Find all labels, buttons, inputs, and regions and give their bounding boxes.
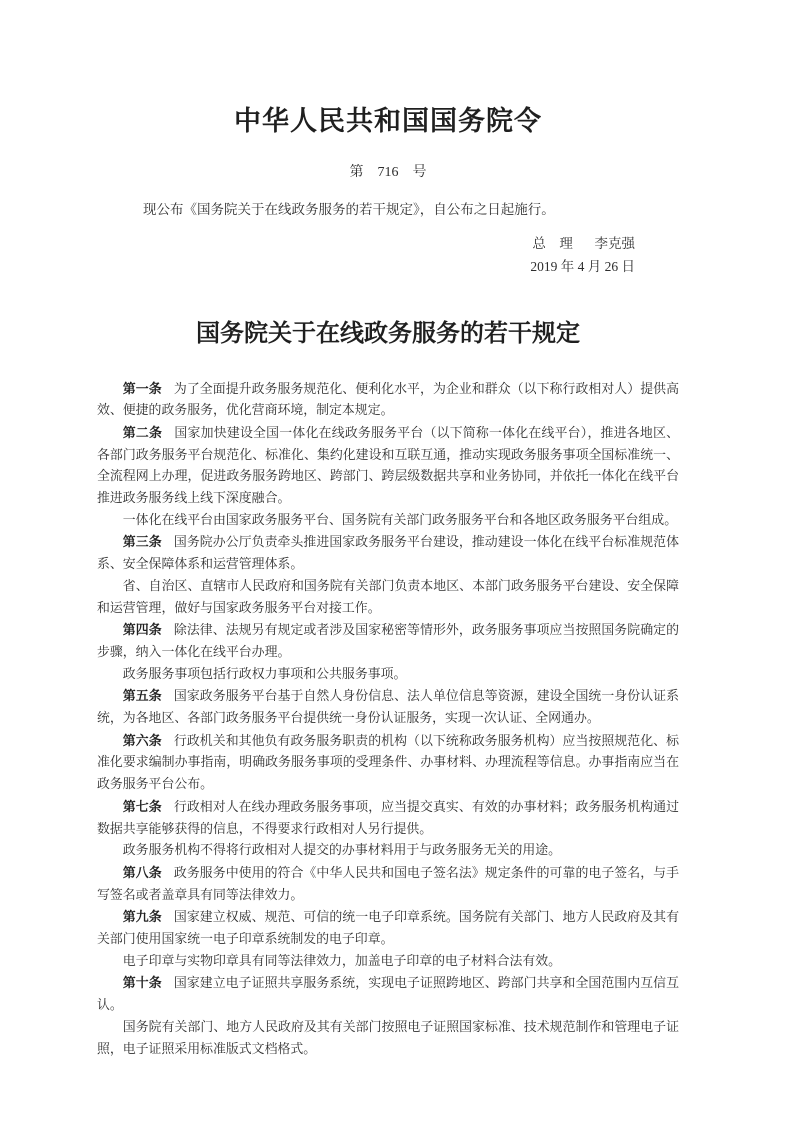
article-paragraph: 第四条除法律、法规另有规定或者涉及国家秘密等情形外，政务服务事项应当按照国务院确…	[97, 619, 679, 663]
article-paragraph: 一体化在线平台由国家政务服务平台、国务院有关部门政务服务平台和各地区政务服务平台…	[97, 510, 679, 532]
article-paragraph: 第八条政务服务中使用的符合《中华人民共和国电子签名法》规定条件的可靠的电子签名，…	[97, 862, 679, 906]
article-text: 为了全面提升政务服务规范化、便利化水平，为企业和群众（以下称行政相对人）提供高效…	[97, 382, 679, 418]
article-text: 国务院办公厅负责牵头推进国家政务服务平台建设，推动建设一体化在线平台标准规范体系…	[97, 535, 679, 571]
article-paragraph: 国务院有关部门、地方人民政府及其有关部门按照电子证照国家标准、技术规范制作和管理…	[97, 1017, 679, 1060]
article-text: 行政相对人在线办理政务服务事项，应当提交真实、有效的办事材料；政务服务机构通过数…	[97, 800, 679, 836]
article-label: 第五条	[123, 688, 174, 703]
article-paragraph: 第七条行政相对人在线办理政务服务事项，应当提交真实、有效的办事材料；政务服务机构…	[97, 796, 679, 840]
article-text: 国家加快建设全国一体化在线政务服务平台（以下简称一体化在线平台），推进各地区、各…	[97, 426, 679, 505]
regulation-title: 国务院关于在线政务服务的若干规定	[97, 317, 679, 351]
document-content: 中华人民共和国国务院令 第 716 号 现公布《国务院关于在线政务服务的若干规定…	[97, 0, 679, 1060]
decree-announcement: 现公布《国务院关于在线政务服务的若干规定》，自公布之日起施行。	[143, 200, 679, 220]
article-label: 第七条	[123, 799, 174, 814]
article-paragraph: 第一条为了全面提升政务服务规范化、便利化水平，为企业和群众（以下称行政相对人）提…	[97, 378, 679, 422]
article-paragraph: 政务服务事项包括行政权力事项和公共服务事项。	[97, 664, 679, 686]
article-text: 电子印章与实物印章具有同等法律效力，加盖电子印章的电子材料合法有效。	[123, 954, 561, 968]
article-label: 第四条	[123, 622, 174, 637]
article-label: 第九条	[123, 909, 174, 924]
article-text: 行政机关和其他负有政务服务职责的机构（以下统称政务服务机构）应当按照规范化、标准…	[97, 734, 679, 791]
regulation-body: 第一条为了全面提升政务服务规范化、便利化水平，为企业和群众（以下称行政相对人）提…	[97, 378, 679, 1061]
article-text: 政务服务机构不得将行政相对人提交的办事材料用于与政务服务无关的用途。	[123, 843, 561, 857]
signature-date: 2019 年 4 月 26 日	[97, 257, 635, 277]
article-label: 第八条	[123, 865, 174, 880]
article-text: 政务服务中使用的符合《中华人民共和国电子签名法》规定条件的可靠的电子签名，与手写…	[97, 866, 679, 902]
signature-line: 总 理李克强	[97, 234, 635, 254]
article-paragraph: 第六条行政机关和其他负有政务服务职责的机构（以下统称政务服务机构）应当按照规范化…	[97, 730, 679, 796]
article-label: 第三条	[123, 534, 174, 549]
article-text: 国家政务服务平台基于自然人身份信息、法人单位信息等资源，建设全国统一身份认证系统…	[97, 689, 679, 725]
article-paragraph: 第五条国家政务服务平台基于自然人身份信息、法人单位信息等资源，建设全国统一身份认…	[97, 685, 679, 729]
article-paragraph: 省、自治区、直辖市人民政府和国务院有关部门负责本地区、本部门政务服务平台建设、安…	[97, 576, 679, 619]
article-text: 省、自治区、直辖市人民政府和国务院有关部门负责本地区、本部门政务服务平台建设、安…	[97, 579, 679, 615]
article-paragraph: 第九条国家建立权威、规范、可信的统一电子印章系统。国务院有关部门、地方人民政府及…	[97, 906, 679, 950]
article-text: 一体化在线平台由国家政务服务平台、国务院有关部门政务服务平台和各地区政务服务平台…	[123, 513, 677, 527]
article-paragraph: 第十条国家建立电子证照共享服务系统，实现电子证照跨地区、跨部门共享和全国范围内互…	[97, 972, 679, 1016]
signature-role: 总 理	[532, 236, 594, 251]
article-text: 国家建立权威、规范、可信的统一电子印章系统。国务院有关部门、地方人民政府及其有关…	[97, 910, 679, 946]
article-label: 第二条	[123, 425, 175, 440]
article-label: 第六条	[123, 733, 174, 748]
article-text: 除法律、法规另有规定或者涉及国家秘密等情形外，政务服务事项应当按照国务院确定的步…	[97, 623, 679, 659]
article-text: 国家建立电子证照共享服务系统，实现电子证照跨地区、跨部门共享和全国范围内互信互认…	[97, 976, 679, 1012]
article-paragraph: 第三条国务院办公厅负责牵头推进国家政务服务平台建设，推动建设一体化在线平台标准规…	[97, 531, 679, 575]
article-text: 政务服务事项包括行政权力事项和公共服务事项。	[123, 667, 407, 681]
article-paragraph: 政务服务机构不得将行政相对人提交的办事材料用于与政务服务无关的用途。	[97, 840, 679, 862]
signature-name: 李克强	[595, 236, 636, 251]
article-label: 第一条	[123, 381, 174, 396]
signature-block: 总 理李克强 2019 年 4 月 26 日	[97, 234, 679, 277]
article-text: 国务院有关部门、地方人民政府及其有关部门按照电子证照国家标准、技术规范制作和管理…	[97, 1020, 679, 1056]
decree-title: 中华人民共和国国务院令	[97, 103, 679, 139]
article-paragraph: 第二条国家加快建设全国一体化在线政务服务平台（以下简称一体化在线平台），推进各地…	[97, 422, 679, 510]
document-page: 中华人民共和国国务院令 第 716 号 现公布《国务院关于在线政务服务的若干规定…	[0, 0, 793, 1122]
decree-number: 第 716 号	[97, 163, 679, 183]
article-paragraph: 电子印章与实物印章具有同等法律效力，加盖电子印章的电子材料合法有效。	[97, 951, 679, 973]
article-label: 第十条	[123, 975, 174, 990]
